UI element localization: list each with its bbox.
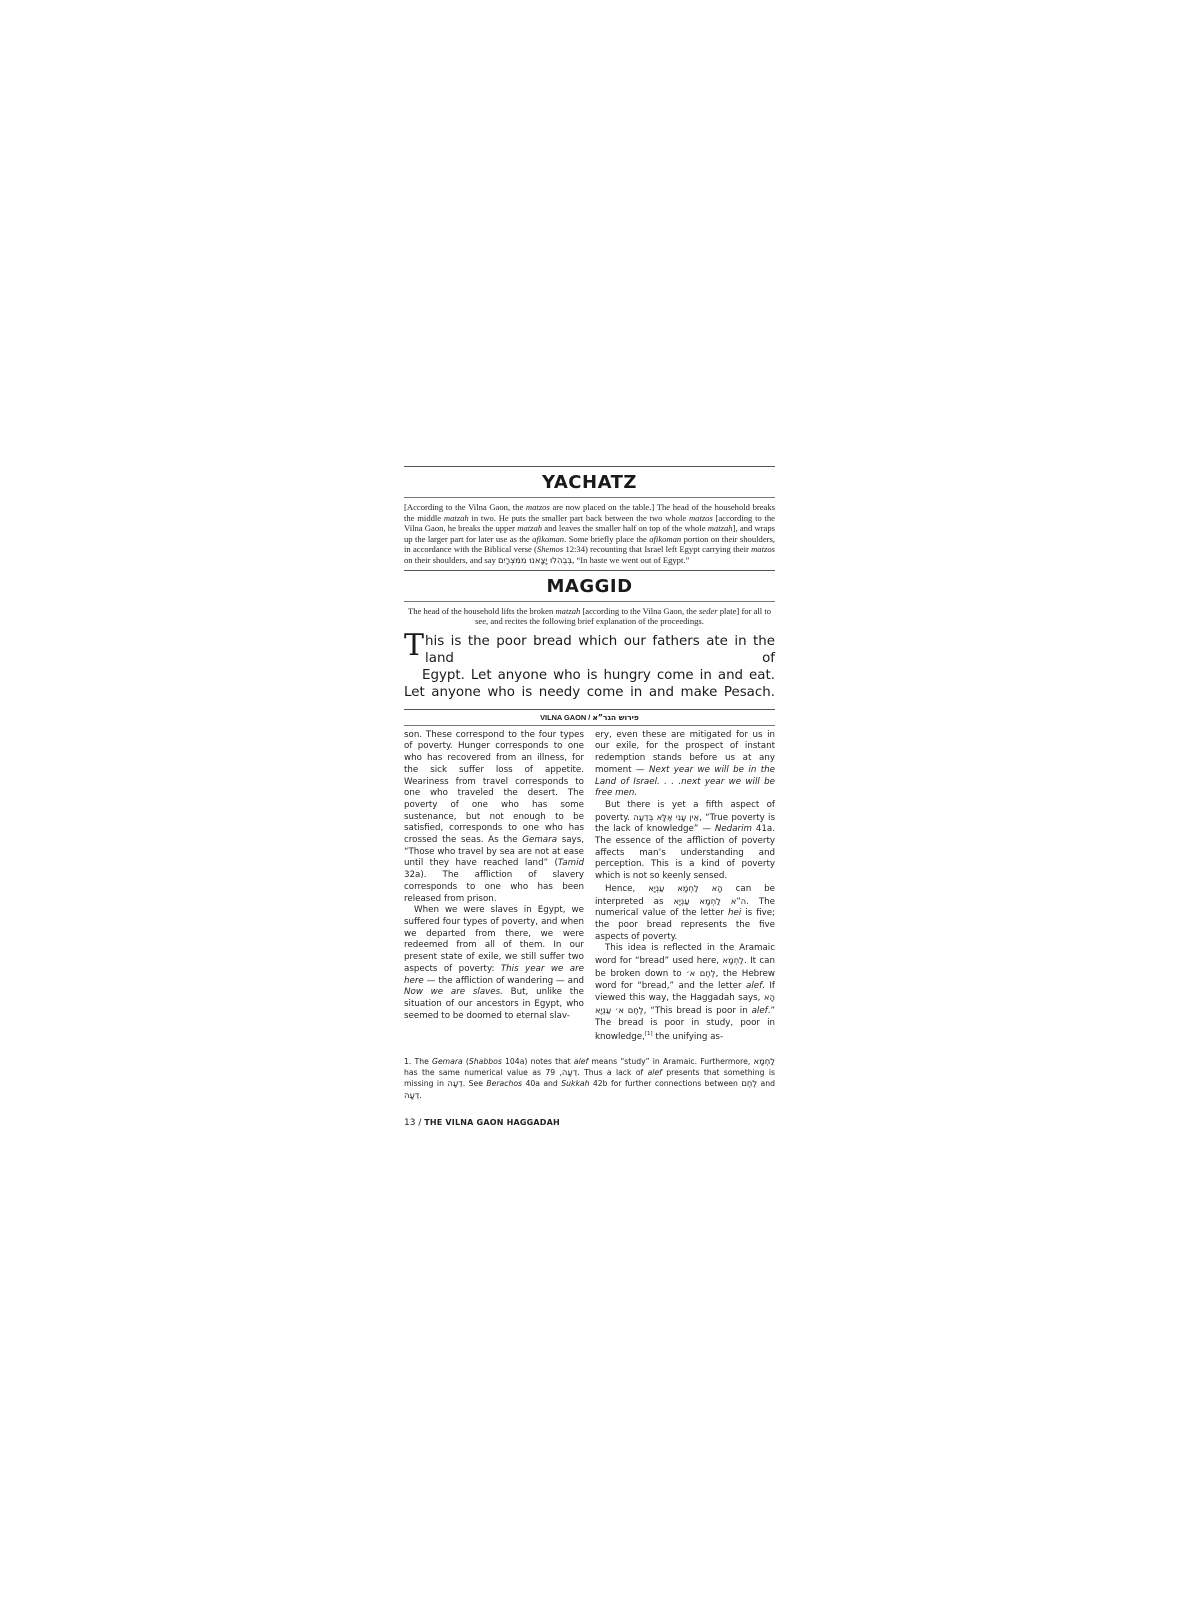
commentary-left-column: son. These correspond to the four types … [404, 730, 584, 1044]
maggid-rule [404, 601, 775, 602]
paragraph: But there is yet a fifth aspect of pover… [595, 800, 775, 883]
page-footer: 13 / THE VILNA GAON HAGGADAH [404, 1118, 775, 1128]
yachatz-rule [404, 497, 775, 498]
top-rule [404, 466, 775, 467]
paragraph: ery, even these are mitigated for us in … [595, 730, 775, 800]
main-text-line-2: Egypt. Let anyone who is hungry come in … [404, 667, 775, 684]
drop-cap: T [404, 633, 424, 659]
footnote-ref[interactable]: [1] [645, 1031, 653, 1037]
maggid-instruction: The head of the household lifts the brok… [404, 606, 775, 627]
main-text-line-3: Let anyone who is needy come in and make… [404, 684, 775, 701]
book-title: THE VILNA GAON HAGGADAH [424, 1118, 560, 1127]
ha-lachma-anya-text: T his is the poor bread which our father… [404, 633, 775, 701]
commentary-rule [404, 725, 775, 726]
paragraph: son. These correspond to the four types … [404, 730, 584, 906]
maggid-title: MAGGID [404, 576, 775, 598]
haggadah-page: YACHATZ [According to the Vilna Gaon, th… [404, 466, 775, 1128]
maggid-top-rule [404, 570, 775, 571]
footnote: 1. The Gemara (Shabbos 104a) notes that … [404, 1056, 775, 1101]
yachatz-title: YACHATZ [404, 472, 775, 494]
paragraph: This idea is reflected in the Aramaic wo… [595, 943, 775, 1044]
commentary-right-column: ery, even these are mitigated for us in … [595, 730, 775, 1044]
paragraph: When we were slaves in Egypt, we suffere… [404, 905, 584, 1022]
commentary-top-rule [404, 709, 775, 710]
commentary-header: VILNA GAON / פירוש הגר”א [404, 713, 775, 722]
yachatz-instruction: [According to the Vilna Gaon, the matzos… [404, 502, 775, 566]
hebrew-verse: בְּבְהִלוּ יָצָאנוּ מִמִּצְרָיִם [498, 555, 572, 565]
commentary-columns: son. These correspond to the four types … [404, 730, 775, 1044]
paragraph: Hence, הָא לַחְמָא עַנְיָא can be interp… [595, 883, 775, 944]
main-text-line-1: his is the poor bread which our fathers … [404, 633, 775, 667]
page-number: 13 [404, 1118, 415, 1128]
